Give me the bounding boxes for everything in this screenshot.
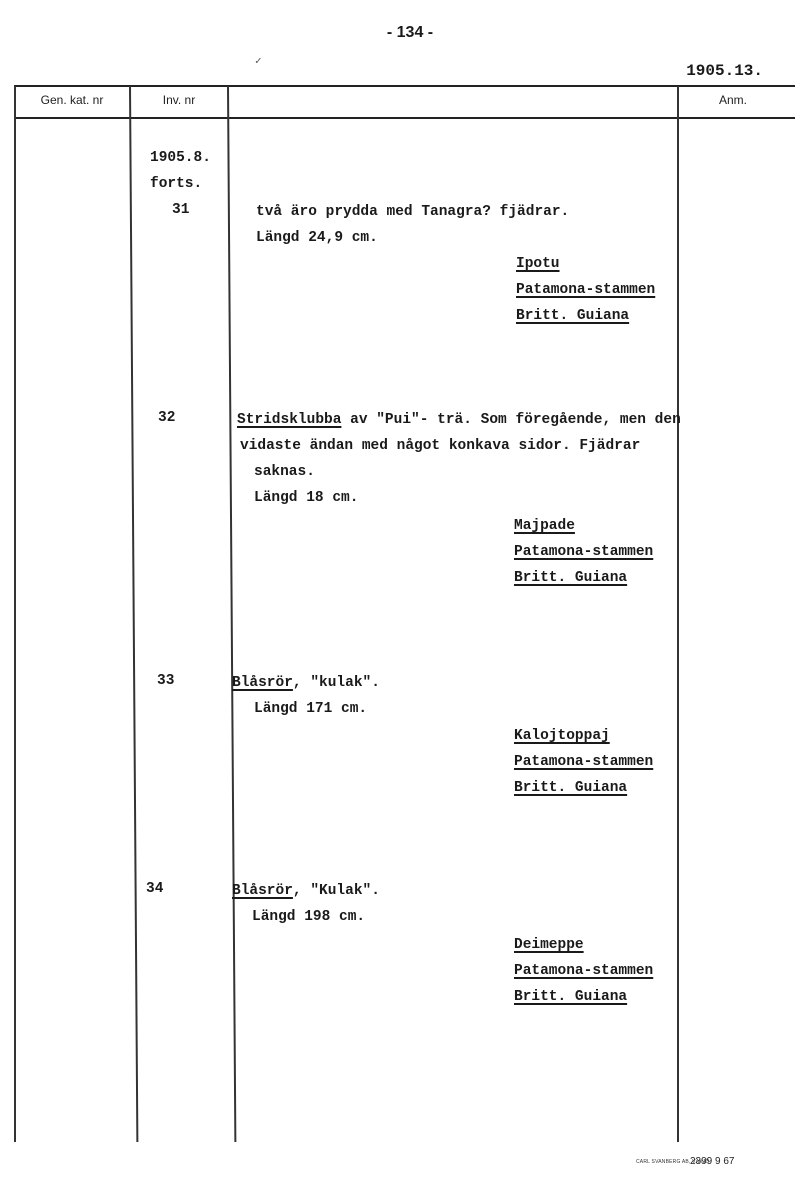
- entry-32-title: Stridsklubba: [237, 412, 341, 428]
- inv-nr-33: 33: [157, 668, 174, 694]
- catalog-id: 1905.13.: [686, 62, 763, 80]
- header-gen-kat-nr: Gen. kat. nr: [14, 93, 130, 107]
- entry-33-region: Britt. Guiana: [514, 775, 627, 801]
- entry-33-title-rest: , "kulak".: [293, 675, 380, 691]
- inv-nr-31: 31: [172, 197, 189, 223]
- entry-33-locality: Kalojtoppaj: [514, 723, 610, 749]
- inv-nr-34: 34: [146, 876, 163, 902]
- entry-32-tribe: Patamona-stammen: [514, 539, 653, 565]
- entry-32-locality: Majpade: [514, 513, 575, 539]
- entry-33-tribe: Patamona-stammen: [514, 749, 653, 775]
- entry-32-line-1: vidaste ändan med något konkava sidor. F…: [240, 433, 640, 459]
- entry-31-tribe: Patamona-stammen: [516, 277, 655, 303]
- entry-31-line-1: två äro prydda med Tanagra? fjädrar.: [256, 199, 569, 225]
- entry-34-region: Britt. Guiana: [514, 984, 627, 1010]
- entry-32-region: Britt. Guiana: [514, 565, 627, 591]
- entry-34-title-rest: , "Kulak".: [293, 883, 380, 899]
- gen-inv-divider: [129, 86, 138, 1142]
- continuation-note: forts.: [150, 171, 202, 197]
- desc-anm-divider: [677, 86, 679, 1142]
- entry-31-region: Britt. Guiana: [516, 303, 629, 329]
- entry-33-title-line: Blåsrör, "kulak".: [232, 670, 380, 696]
- entry-33-title: Blåsrör: [232, 675, 293, 691]
- inv-nr-32: 32: [158, 405, 175, 431]
- entry-34-title-line: Blåsrör, "Kulak".: [232, 878, 380, 904]
- entry-32-title-rest: av "Pui"- trä. Som föregående, men den: [341, 412, 680, 428]
- inv-desc-divider: [227, 86, 236, 1142]
- continuation-series: 1905.8.: [150, 145, 211, 171]
- header-anm: Anm.: [678, 93, 788, 107]
- form-number: 2399 9 67: [690, 1156, 735, 1167]
- check-mark-icon: ✓: [255, 54, 262, 68]
- page-number: - 134 -: [0, 24, 795, 42]
- header-inv-nr: Inv. nr: [130, 93, 228, 107]
- entry-34-locality: Deimeppe: [514, 932, 584, 958]
- entry-31-line-2: Längd 24,9 cm.: [256, 225, 378, 251]
- entry-34-tribe: Patamona-stammen: [514, 958, 653, 984]
- entry-33-line-1: Längd 171 cm.: [254, 696, 367, 722]
- entry-31-locality: Ipotu: [516, 251, 560, 277]
- entry-34-title: Blåsrör: [232, 883, 293, 899]
- entry-32-line-3: Längd 18 cm.: [254, 485, 358, 511]
- left-border: [14, 86, 16, 1142]
- entry-32-title-line: Stridsklubba av "Pui"- trä. Som föregåen…: [237, 407, 681, 433]
- entry-32-line-2: saknas.: [254, 459, 315, 485]
- entry-34-line-1: Längd 198 cm.: [252, 904, 365, 930]
